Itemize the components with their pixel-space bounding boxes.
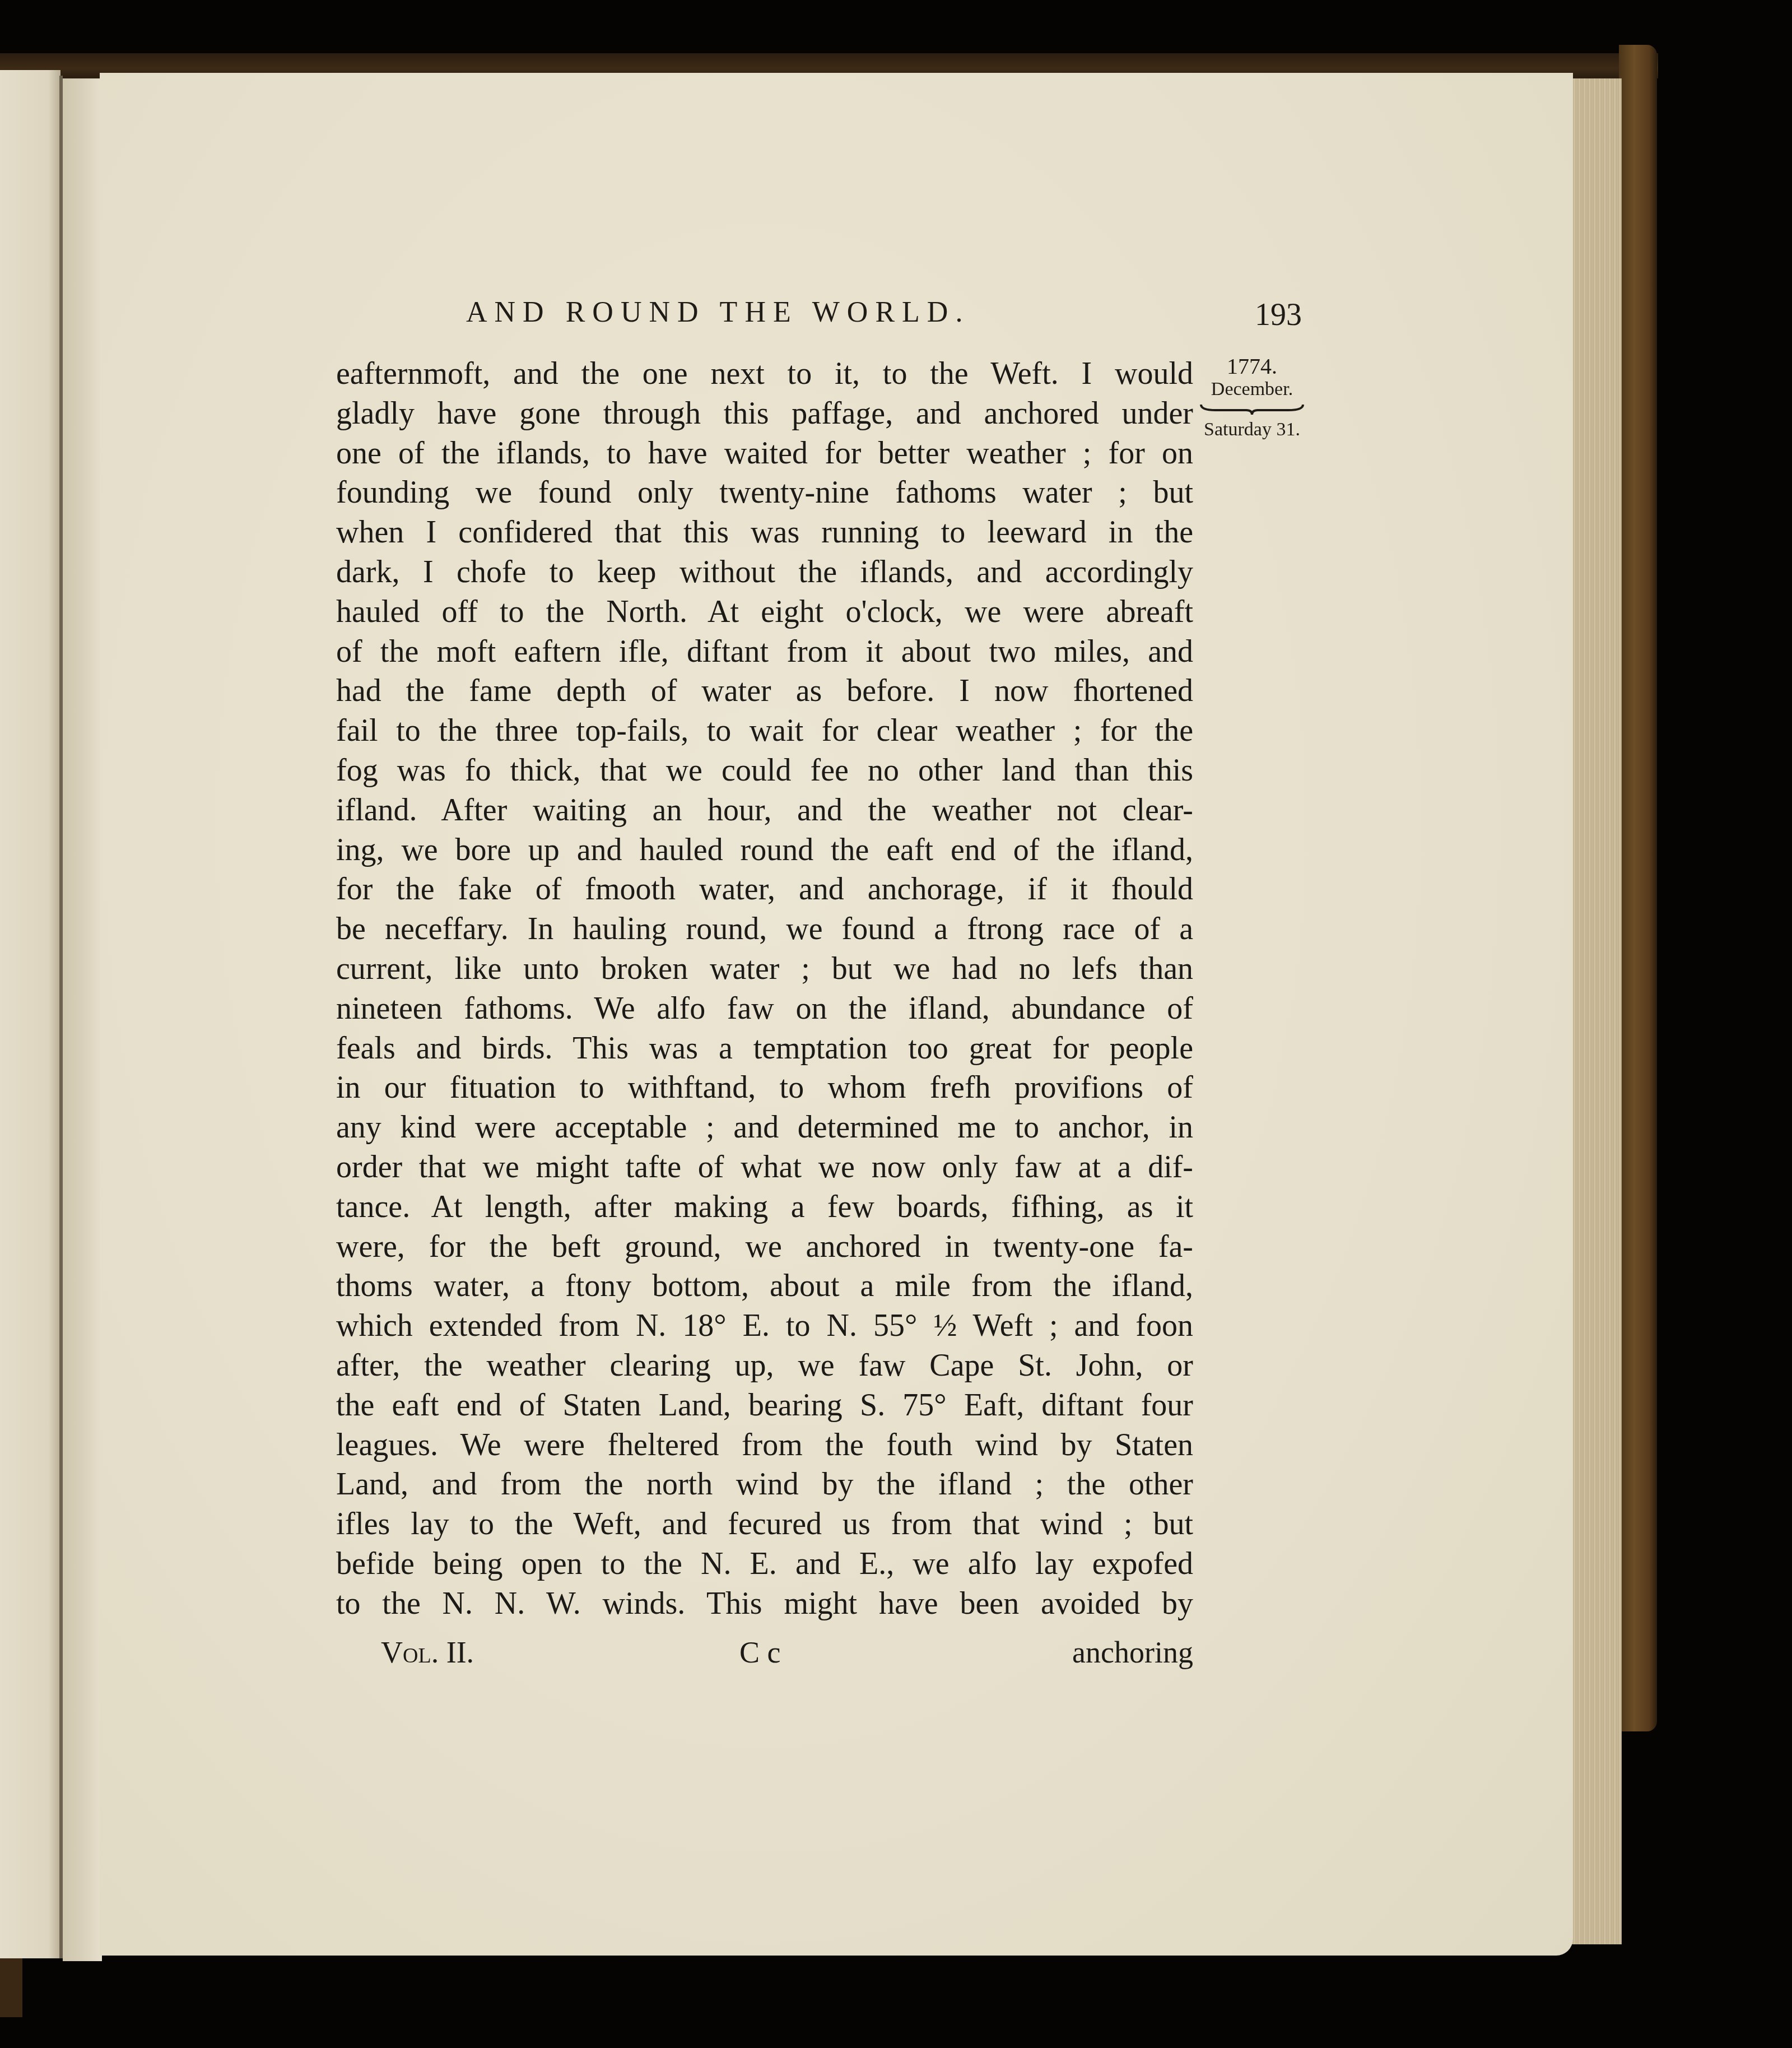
left-page-sliver — [0, 70, 60, 1958]
signature-mark: C c — [739, 1635, 781, 1670]
text-line: hauled off to the North. At eight o'cloc… — [336, 592, 1193, 632]
text-line: which extended from N. 18° E. to N. 55° … — [336, 1306, 1193, 1346]
running-head: AND ROUND THE WORLD. — [466, 296, 970, 329]
text-line: ifles lay to the Weft, and fecured us fr… — [336, 1504, 1193, 1544]
text-line: one of the iflands, to have waited for b… — [336, 434, 1193, 473]
text-line: ing, we bore up and hauled round the eaf… — [336, 830, 1193, 870]
text-line: had the fame depth of water as before. I… — [336, 671, 1193, 711]
gutter-shadow — [63, 78, 102, 1961]
text-line: dark, I chofe to keep without the ifland… — [336, 552, 1193, 592]
margin-day: Saturday 31. — [1188, 419, 1316, 440]
page-fore-edge — [1571, 78, 1622, 1944]
text-line: ifland. After waiting an hour, and the w… — [336, 791, 1193, 830]
text-line: for the fake of fmooth water, and anchor… — [336, 870, 1193, 909]
volume-label: Vol. II. — [381, 1635, 474, 1670]
text-line: fog was fo thick, that we could fee no o… — [336, 751, 1193, 791]
margin-month: December. — [1188, 379, 1316, 400]
text-line: any kind were acceptable ; and determine… — [336, 1108, 1193, 1148]
text-line: thoms water, a ftony bottom, about a mil… — [336, 1266, 1193, 1306]
text-line: feals and birds. This was a temptation t… — [336, 1029, 1193, 1069]
text-line: Land, and from the north wind by the ifl… — [336, 1465, 1193, 1504]
brace-icon — [1199, 403, 1305, 416]
page-number: 193 — [1255, 297, 1302, 333]
margin-date-note: 1774. December. Saturday 31. — [1188, 354, 1316, 440]
text-line: eafternmoft, and the one next to it, to … — [336, 354, 1193, 394]
text-line: of the moft eaftern ifle, diftant from i… — [336, 632, 1193, 672]
text-line: tance. At length, after making a few boa… — [336, 1187, 1193, 1227]
text-line: nineteen fathoms. We alfo faw on the ifl… — [336, 989, 1193, 1029]
book-cover-right-edge — [1619, 45, 1657, 1731]
text-line: when I confidered that this was running … — [336, 513, 1193, 552]
text-line: order that we might tafte of what we now… — [336, 1148, 1193, 1187]
catchword: anchoring — [1072, 1635, 1193, 1670]
margin-year: 1774. — [1188, 354, 1316, 379]
text-line: were, for the beft ground, we anchored i… — [336, 1227, 1193, 1267]
text-line: after, the weather clearing up, we faw C… — [336, 1346, 1193, 1386]
text-line: to the N. N. W. winds. This might have b… — [336, 1584, 1193, 1624]
text-line: be neceffary. In hauling round, we found… — [336, 909, 1193, 949]
text-line: founding we found only twenty-nine fatho… — [336, 473, 1193, 513]
body-text: eafternmoft, and the one next to it, to … — [336, 354, 1193, 1624]
text-line: gladly have gone through this paffage, a… — [336, 394, 1193, 434]
book-cover-bottom-corner — [0, 1950, 22, 2017]
page-footer: Vol. II. C c anchoring — [347, 1635, 1193, 1674]
text-line: fail to the three top-fails, to wait for… — [336, 711, 1193, 751]
text-line: befide being open to the N. E. and E., w… — [336, 1544, 1193, 1584]
text-line: current, like unto broken water ; but we… — [336, 949, 1193, 989]
text-line: the eaft end of Staten Land, bearing S. … — [336, 1386, 1193, 1425]
text-line: in our fituation to withftand, to whom f… — [336, 1068, 1193, 1108]
text-line: leagues. We were fheltered from the fout… — [336, 1425, 1193, 1465]
